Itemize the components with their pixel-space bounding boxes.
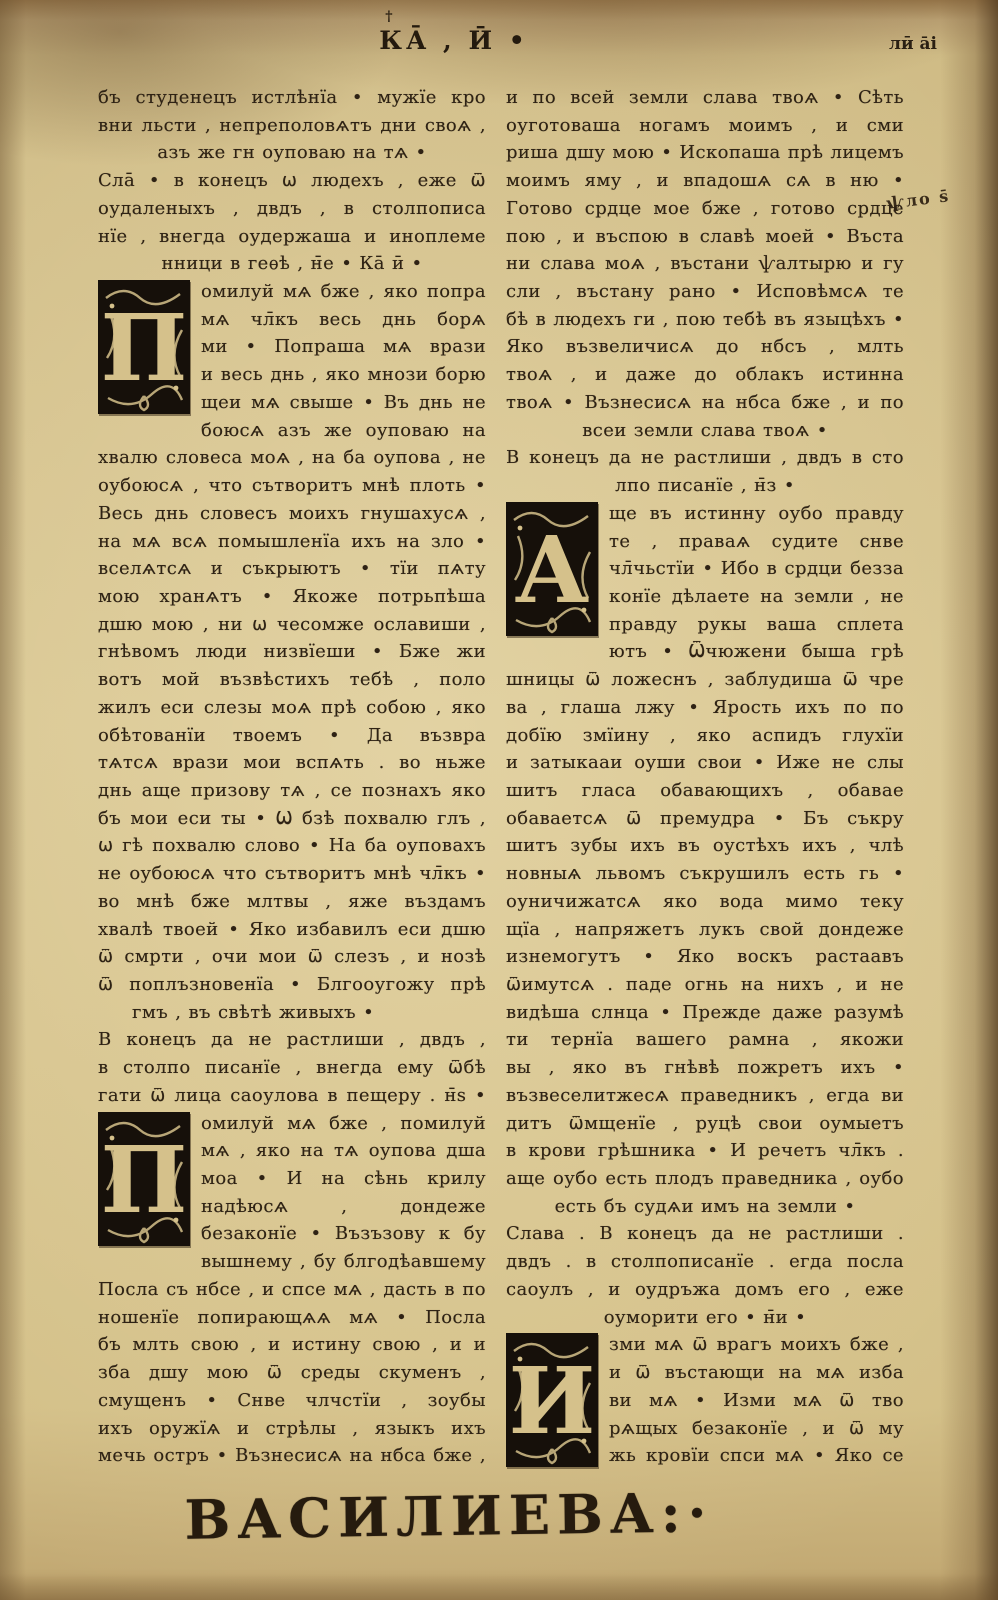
text-column-right: и по всей земли слава твоѧ • Сѣтьоуготов… — [506, 84, 904, 1476]
text-line: азъ же гн оуповаю на тѧ • — [98, 139, 486, 167]
text-line: жь кровїи спси мѧ • Яко се — [609, 1442, 904, 1470]
text-line: твоѧ • Възнесисѧ на нбса бже , и по — [506, 389, 904, 417]
text-line: ѡ гѣ похвалю слово • На ба оуповахъ , — [98, 832, 486, 860]
text-line: вни льсти , непреполовѧтъ дни своѧ , — [98, 112, 486, 140]
text-line: тѧтсѧ врази мои вспѧть . во ньже — [98, 749, 486, 777]
text-line: Сла̄ • в конецъ ѡ людехъ , еже ѿ стыхъ — [98, 167, 486, 195]
text-line: оуготоваша ногамъ моимъ , и сми — [506, 112, 904, 140]
text-line: видѣша слнца • Прежде даже разумѣ — [506, 999, 904, 1027]
text-line: ѿимутсѧ . паде огнь на нихъ , и не — [506, 971, 904, 999]
text-line: щеи мѧ свыше • Въ днь не оу — [201, 389, 486, 417]
text-line: бъ млть свою , и истину свою , и и — [98, 1331, 486, 1359]
text-line: изнемогутъ • Яко воскъ растаавъ — [506, 943, 904, 971]
text-line: те , праваѧ судите снве — [609, 528, 904, 556]
text-line: ни слава моѧ , въстани ѱалтырю и гу — [506, 250, 904, 278]
text-line: смущенъ • Снве члчстїи , зоубы — [98, 1387, 486, 1415]
text-line: дитъ ѿмщенїе , руцѣ свои оумыетъ — [506, 1110, 904, 1138]
ornate-initial-П: П — [98, 280, 190, 414]
text-line: жилъ еси слезы моѧ прѣ собою , яко и въ — [98, 694, 486, 722]
text-line: ношенїе попирающѧѧ мѧ • Посла — [98, 1304, 486, 1332]
text-line: сли , въстану рано • Исповѣмсѧ те — [506, 278, 904, 306]
text-line: ѿ поплъзновенїа • Блгооугожу прѣ — [98, 971, 486, 999]
text-line: двдъ . в столпописанїе . егда посла — [506, 1248, 904, 1276]
text-line: зба дшу мою ѿ среды скуменъ , поспахъ — [98, 1359, 486, 1387]
text-line: Посла съ нбсе , и спсе мѧ , дасть в по — [98, 1276, 486, 1304]
text-line: вотъ мой възвѣстихъ тебѣ , поло — [98, 666, 486, 694]
text-line: шитъ гласа обавающихъ , обавае — [506, 777, 904, 805]
text-line: В конецъ да не растлиши , двдъ , — [98, 1026, 486, 1054]
text-line: В конецъ да не растлиши , двдъ в сто — [506, 444, 904, 472]
text-line: рѧщых безаконїе , и ѿ му — [609, 1415, 904, 1443]
text-line: омилуй мѧ бже , помилуй — [201, 1110, 486, 1138]
text-line: оудаленыхъ , двдъ , в столпописа — [98, 195, 486, 223]
text-line: ви мѧ • Изми мѧ ѿ тво — [609, 1387, 904, 1415]
text-line: Готово срдце мое бже , готово срдце мое … — [506, 195, 904, 223]
text-line: нници в геѳѣ , н̄е • Ка̄ ӣ • — [98, 250, 486, 278]
text-line: ихъ оружїѧ и стрѣлы , языкъ ихъ — [98, 1415, 486, 1443]
text-line: надѣюсѧ , дондеже прейдетъ — [201, 1193, 486, 1221]
text-line: днь аще призову тѧ , се познахъ яко — [98, 777, 486, 805]
text-line: лпо писанїе , н̄з • — [506, 472, 904, 500]
text-line: мѧ , яко на тѧ оупова дша — [201, 1137, 486, 1165]
ornate-initial-П: П — [98, 1112, 190, 1246]
text-line: бъ мои еси ты • Ѡ бзѣ похвалю глъ , — [98, 805, 486, 833]
text-line: моимъ яму , и впадошѧ сѧ в ню • — [506, 167, 904, 195]
page-edge-left — [0, 0, 26, 1600]
text-line: шитъ зубы ихъ въ оустѣхъ ихъ , члѣ — [506, 832, 904, 860]
text-line: правду рукы ваша сплета — [609, 611, 904, 639]
text-line: чл̄чьстїи • Ибо в срдци безза — [609, 555, 904, 583]
cross-ornament: † — [385, 9, 396, 25]
ornate-initial-А: А — [506, 502, 598, 636]
text-line: моа • И на сѣнь крилу твоею — [201, 1165, 486, 1193]
text-line: гмъ , въ свѣтѣ живыхъ • — [98, 999, 486, 1027]
text-line: гати ѿ лица саоулова в пещеру . н̄ѕ • — [98, 1082, 486, 1110]
text-line: и весь днь , яко мнози борю — [201, 361, 486, 389]
text-line: в крови грѣшника • И речетъ чл̄къ . — [506, 1137, 904, 1165]
svg-text:А: А — [515, 516, 590, 624]
text-line: в столпо писанїе , внегда ему ѿбѣ — [98, 1054, 486, 1082]
text-line: бѣ в людехъ ги , пою тебѣ въ языцѣхъ • — [506, 306, 904, 334]
text-line: гнѣвомъ люди низвїеши • Бже жи — [98, 638, 486, 666]
text-column-left: бъ студенецъ истлѣнїа • мужїе кровни льс… — [98, 84, 486, 1476]
text-line: оуморити его • н̄и • — [506, 1304, 904, 1332]
text-line: мѧ чл̄къ весь днь борѧ стужи — [201, 306, 486, 334]
text-line: новныѧ львомъ съкрушилъ есть гь • — [506, 860, 904, 888]
text-line: боюсѧ азъ же оуповаю на тѧ • Ѡ бзѣ по — [201, 417, 486, 445]
text-line: саоулъ , и оудръжа домъ его , еже — [506, 1276, 904, 1304]
text-line: твоѧ , и даже до облакъ истинна — [506, 361, 904, 389]
text-line: оубоюсѧ , что сътворитъ мнѣ плоть • — [98, 472, 486, 500]
running-title: †КА̄ , Ӣ • — [0, 26, 908, 55]
text-line: омилуй мѧ бже , яко попра — [201, 278, 486, 306]
text-line: вышнему , бу блгодѣавшему мнѣ • — [201, 1248, 486, 1276]
folio-number: лӣ а̄і — [858, 34, 968, 54]
text-line: шницы ѿ ложеснъ , заблудиша ѿ чре — [506, 666, 904, 694]
text-line: вы , яко въ гнѣвѣ пожретъ ихъ • — [506, 1054, 904, 1082]
ownership-inscription: ВАСИЛИЕВА:· — [0, 1478, 898, 1555]
text-line: во мнѣ бже млтвы , яже въздамъ — [98, 888, 486, 916]
text-line: обаваетсѧ ѿ премудра • Бъ съкру — [506, 805, 904, 833]
text-line: и ѿ въстающи на мѧ изба — [609, 1359, 904, 1387]
text-line: вселѧтсѧ и съкрыютъ • тїи пѧту — [98, 555, 486, 583]
text-line: мечь остръ • Възнесисѧ на нбса бже , — [98, 1442, 486, 1470]
text-line: Весь днь словесъ моихъ гнушахусѧ , — [98, 500, 486, 528]
text-line: Слава . В конецъ да не растлиши . — [506, 1220, 904, 1248]
text-line: аще оубо есть плодъ праведника , оубо — [506, 1165, 904, 1193]
text-line: не оубоюсѧ что сътворитъ мнѣ чл̄къ • — [98, 860, 486, 888]
text-line: конїе дѣлаете на земли , не — [609, 583, 904, 611]
text-line: нїе , внегда оудержаша и иноплеме — [98, 223, 486, 251]
text-line: всеи земли слава твоѧ • — [506, 417, 904, 445]
text-line: хвалѣ твоей • Яко избавилъ еси дшю мою — [98, 916, 486, 944]
text-line: есть бъ судѧи имъ на земли • — [506, 1193, 904, 1221]
svg-text:П: П — [101, 294, 188, 402]
text-line: обѣтованїи твоемъ • Да възвра — [98, 722, 486, 750]
text-line: бъ студенецъ истлѣнїа • мужїе кро — [98, 84, 486, 112]
ornate-initial-И: И — [506, 1333, 598, 1467]
text-line: оуничижатсѧ яко вода мимо теку — [506, 888, 904, 916]
text-line: хвалю словеса моѧ , на ба оупова , не — [98, 444, 486, 472]
text-line: и по всей земли слава твоѧ • Сѣть — [506, 84, 904, 112]
text-line: безаконїе • Възъзову к бу — [201, 1220, 486, 1248]
text-line: щїа , напряжетъ лукъ свой дондеже — [506, 916, 904, 944]
text-line: възвеселитжесѧ праведникъ , егда ви — [506, 1082, 904, 1110]
text-line: ми • Попраша мѧ врази мои — [201, 333, 486, 361]
text-line: риша дшу мою • Ископаша прѣ лицемъ — [506, 139, 904, 167]
text-line: ва , глаша лжу • Ярость ихъ по по — [506, 694, 904, 722]
text-line: дшю мою , ни ѡ чесомже ославиши , — [98, 611, 486, 639]
page-edge-right — [940, 0, 998, 1600]
text-line: добїю змїину , яко аспидъ глухїи — [506, 722, 904, 750]
text-line: Яко възвеличисѧ до нбсъ , млть — [506, 333, 904, 361]
text-line: ѿ смрти , очи мои ѿ слезъ , и нозѣ мои — [98, 943, 486, 971]
book-page: †КА̄ , Ӣ • лӣ а̄і ѱло ѕ̄ бъ студенецъ ис… — [0, 0, 998, 1600]
text-line: зми мѧ ѿ врагъ моихъ бже , — [609, 1331, 904, 1359]
text-line: ще въ истинну оубо правду гл̄е — [609, 500, 904, 528]
text-line: и затыкааи оуши свои • Иже не слы — [506, 749, 904, 777]
text-line: мою хранѧтъ • Якоже потрьпѣша — [98, 583, 486, 611]
text-line: пою , и въспою в славѣ моей • Въста — [506, 223, 904, 251]
text-line: ти тернїа вашего рамна , якожи — [506, 1026, 904, 1054]
text-line: ютъ • Ѿчюжени быша грѣ — [609, 638, 904, 666]
svg-text:П: П — [101, 1126, 188, 1234]
running-title-text: КА̄ , Ӣ • — [379, 26, 529, 55]
page-edge-bottom — [0, 1574, 998, 1600]
text-line: на мѧ всѧ помышленїа ихъ на зло • — [98, 528, 486, 556]
svg-text:И: И — [509, 1347, 596, 1455]
